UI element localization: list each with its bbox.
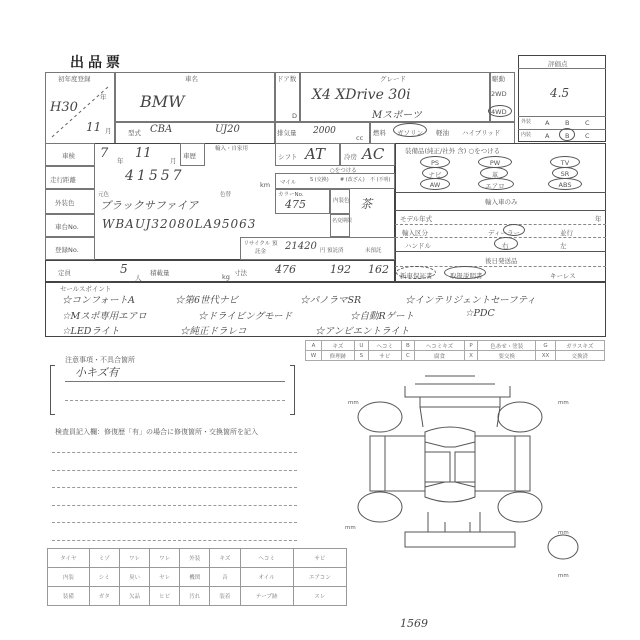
sales-point-6: ☆ドライビングモード (198, 308, 292, 322)
fuel-option-hybrid: ハイブリッド (462, 128, 500, 137)
legend-code: U (354, 341, 368, 351)
drive-label: 駆動 (492, 74, 505, 83)
ac-value: AC (362, 145, 384, 163)
table-cell: テープ跡 (240, 587, 293, 606)
legend-desc: サビ (368, 351, 401, 361)
table-cell: 臭い (119, 568, 149, 587)
spare-tire-unit: mm (558, 573, 569, 579)
tire-rr-unit: mm (558, 530, 569, 536)
fuel-label: 燃料 (373, 128, 386, 137)
sales-point-7: ☆自動Rゲート (350, 308, 414, 322)
mileage-option-replaced: S (交換) (310, 176, 329, 183)
model-code-prefix: CBA (150, 124, 172, 135)
doors-label: ドア数 (277, 74, 296, 83)
tire-rl-unit: mm (345, 525, 356, 531)
table-cell: 装着 (210, 587, 240, 606)
fuel-selected-circle (393, 123, 427, 137)
color-no-value: 475 (285, 198, 306, 211)
model-code-label: 型式 (128, 128, 141, 137)
recycle-unit: 円 (320, 246, 326, 254)
model-year-suffix: 年 (595, 214, 602, 223)
table-cell: 装備 (48, 587, 90, 606)
table-cell: ワレ (119, 549, 149, 568)
registration-no-label: 登録No. (55, 245, 79, 254)
import-category-label: 輸入区分 (402, 228, 428, 237)
exterior-grade-c: C (585, 119, 590, 127)
load-unit: kg (222, 273, 230, 281)
sales-point-2: ☆第6世代ナビ (175, 292, 238, 306)
interior-grade-label: 内装 (521, 131, 531, 138)
sales-point-3: ☆パノラマSR (300, 292, 361, 306)
legend-code: XX (536, 351, 555, 361)
footer-number: 1569 (400, 617, 428, 630)
equipment-title: 装備品(純正/社外 含) ○をつける (405, 146, 500, 155)
table-cell: オイル (240, 568, 293, 587)
color-no-label: カラーNo. (278, 190, 304, 198)
table-cell: ヘコミ (240, 549, 293, 568)
changed-color-label: 色替 (220, 190, 231, 198)
size-label: 寸法 (234, 268, 247, 277)
size-width: 192 (330, 263, 351, 276)
interior-grade-circle (559, 128, 575, 141)
legend-code: B (401, 341, 415, 351)
first-registration-label: 初年度登録 (58, 74, 91, 83)
name-change-label: 名変期限 (332, 217, 352, 224)
legend-code: P (464, 341, 477, 351)
legend-desc: 修理跡 (322, 351, 355, 361)
condition-table: タイヤミゾワレワレ外装キズヘコミサビ 内装シミ臭いヤレ機関音オイルエアコン 装備… (47, 548, 347, 606)
import-title: 輸入車のみ (485, 197, 518, 206)
score-value: 4.5 (550, 86, 569, 100)
doc-manual-circle (444, 266, 486, 279)
table-cell: ヤレ (150, 568, 180, 587)
inspection-year: 7 (100, 146, 108, 161)
maker-value: BMW (140, 92, 185, 111)
history-note: 輸入・自家用 (215, 144, 248, 152)
dealer-circle (503, 224, 525, 236)
interior-grade-a: A (545, 132, 549, 140)
circle-aero (478, 178, 514, 190)
mileage-option-mile: マイル (280, 178, 296, 186)
table-cell: スレ (293, 587, 346, 606)
ac-label: 冷房 (344, 152, 357, 161)
inspection-month: 11 (135, 146, 152, 161)
sales-point-10: ☆純正ドラレコ (180, 323, 247, 337)
sales-point-9: ☆LEDライト (62, 323, 120, 337)
sales-point-1: ☆コンフォートA (62, 292, 135, 306)
fuel-option-diesel: 軽油 (436, 128, 449, 137)
recycle-unpaid: 未預託 (365, 246, 382, 254)
model-code-value: UJ20 (215, 124, 240, 135)
legend-desc: 色あせ・塗装 (478, 341, 536, 351)
tire-fr-unit: mm (558, 400, 569, 406)
notes-value: 小キズ有 (75, 364, 119, 380)
mileage-value: 41557 (125, 168, 185, 184)
legend-code: C (401, 351, 415, 361)
shift-label: シフト (278, 152, 298, 161)
grade-line1: X4 XDrive 30i (312, 87, 411, 103)
history-label: 車歴 (183, 151, 196, 160)
circle-abs (548, 178, 582, 190)
interior-color-label: 内装色 (333, 196, 350, 204)
exterior-grade-a: A (545, 119, 549, 127)
diagonal-divider (50, 85, 110, 140)
mileage-unit: km (260, 181, 270, 189)
exterior-grade-b: B (565, 119, 569, 127)
displacement-label: 排気量 (277, 128, 297, 137)
maker-label: 車名 (185, 74, 198, 83)
table-cell: 欠品 (119, 587, 149, 606)
table-cell: 汚れ (180, 587, 210, 606)
table-cell: 機関 (180, 568, 210, 587)
exterior-color-label: 外装色 (55, 198, 75, 207)
legend-code: G (536, 341, 555, 351)
sheet-title: 出品票 (70, 52, 124, 72)
legend-desc: ヘコミ (368, 341, 401, 351)
legend-desc: 交換済 (555, 351, 604, 361)
doors-suffix: D (292, 112, 297, 120)
damage-legend: Aキズ Uヘコミ Bヘコミキズ P色あせ・塗装 Gガラスキズ W修理跡 Sサビ … (305, 340, 605, 361)
capacity-label: 定員 (58, 268, 71, 277)
legend-code: W (306, 351, 322, 361)
recycle-value: 21420 (285, 241, 317, 252)
inspection-month-suffix: 月 (170, 156, 177, 165)
inspector-notes-label: 検査員記入欄：修復歴「有」の場合に修復箇所・交換箇所を記入 (55, 427, 258, 437)
interior-color-value: 茶 (360, 195, 372, 212)
size-length: 476 (275, 263, 296, 276)
car-body-diagram (320, 372, 580, 582)
size-height: 162 (368, 263, 389, 276)
interior-grade-c: C (585, 132, 590, 140)
mileage-option-tampered: # (改ざん) (340, 176, 365, 183)
grade-label: グレード (380, 74, 406, 83)
table-cell: ガタ (89, 587, 119, 606)
exterior-grade-label: 外装 (521, 118, 531, 125)
capacity-value: 5 (120, 262, 128, 276)
table-cell: 音 (210, 568, 240, 587)
mileage-option-unknown: 不 (不明) (370, 176, 391, 183)
table-cell: ヒビ (150, 587, 180, 606)
shift-value: AT (305, 145, 325, 163)
legend-desc: キズ (322, 341, 355, 351)
chassis-label: 車台No. (55, 222, 79, 231)
chassis-value: WBAUJ32080LA95063 (102, 217, 256, 231)
handle-right-circle (494, 237, 518, 250)
displacement-unit: cc (356, 134, 363, 142)
handle-left: 左 (560, 241, 567, 250)
table-cell: 外装 (180, 549, 210, 568)
table-cell: ミゾ (89, 549, 119, 568)
displacement-value: 2000 (313, 126, 336, 136)
documents-title: 後日発送品 (485, 256, 518, 265)
model-year-label: モデル年式 (400, 214, 432, 223)
legend-desc: ヘコミキズ (415, 341, 465, 351)
legend-code: S (354, 351, 368, 361)
import-category-parallel: 並行 (560, 228, 573, 237)
sales-point-5: ☆Mスポ専用エアロ (62, 308, 147, 322)
table-cell: シミ (89, 568, 119, 587)
legend-code: A (306, 341, 322, 351)
sales-point-4: ☆インテリジェントセーフティ (405, 292, 536, 306)
exterior-color-value: ブラックサファイア (100, 197, 198, 213)
doc-warranty-circle (396, 266, 436, 279)
table-cell: キズ (210, 549, 240, 568)
drive-option-2wd: 2WD (491, 90, 507, 98)
legend-code: X (464, 351, 477, 361)
inspection-year-suffix: 年 (117, 156, 124, 165)
sales-point-8: ☆PDC (465, 308, 495, 319)
mileage-label: 走行距離 (50, 175, 76, 184)
legend-desc: ガラスキズ (555, 341, 604, 351)
load-label: 積載量 (150, 268, 170, 277)
score-label: 評価点 (548, 59, 568, 68)
capacity-unit: 人 (135, 273, 142, 282)
recycle-paid: 預託済 (327, 246, 344, 254)
recycle-label: リサイクル 預託金 (243, 239, 278, 255)
table-cell: 内装 (48, 568, 90, 587)
table-cell: タイヤ (48, 549, 90, 568)
circle-aw (420, 178, 450, 190)
grade-line2: Mスポーツ (372, 106, 422, 121)
handle-label: ハンドル (405, 241, 431, 250)
sales-point-11: ☆アンビエントライト (315, 323, 409, 337)
drive-selected-circle (488, 105, 512, 117)
legend-desc: 腐食 (415, 351, 465, 361)
legend-desc: 要交換 (478, 351, 536, 361)
inspection-label: 車検 (62, 151, 75, 160)
table-cell: ワレ (150, 549, 180, 568)
doc-keyless: キーレス (550, 271, 576, 280)
tire-fl-unit: mm (348, 400, 359, 406)
